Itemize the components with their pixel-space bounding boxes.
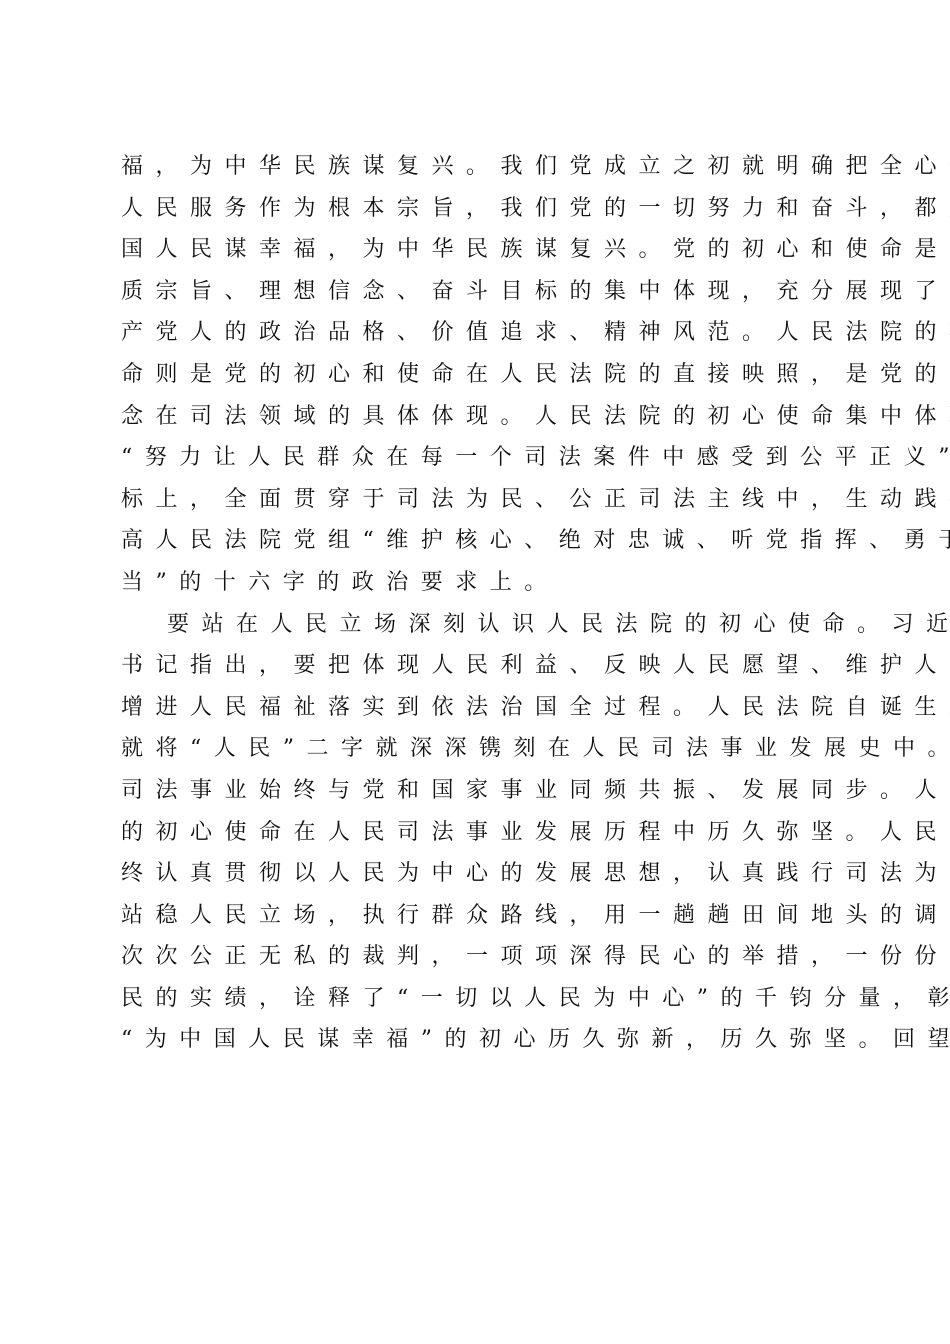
text-line: 司法事业始终与党和国家事业同频共振、发展同步。人民法院 (121, 770, 829, 812)
text-line: 终认真贯彻以人民为中心的发展思想，认真践行司法为民宗旨， (121, 853, 829, 895)
text-line: 产党人的政治品格、价值追求、精神风范。人民法院的初心使 (121, 312, 829, 354)
text-line: 人民服务作为根本宗旨，我们党的一切努力和奋斗，都是为中 (121, 188, 829, 230)
text-line: 站稳人民立场，执行群众路线，用一趟趟田间地头的调查，一 (121, 895, 829, 937)
text-line: 要站在人民立场深刻认识人民法院的初心使命。习近平总 (121, 604, 829, 646)
text-line: 标上，全面贯穿于司法为民、公正司法主线中，生动践行于最 (121, 479, 829, 521)
text-line: 质宗旨、理想信念、奋斗目标的集中体现，充分展现了中国共 (121, 271, 829, 313)
text-line: 民的实绩，诠释了“一切以人民为中心”的千钧分量，彰显了 (121, 978, 829, 1020)
text-line: 福，为中华民族谋复兴。我们党成立之初就明确把全心全意为 (121, 146, 829, 188)
text-line: 就将“人民”二字就深深镌刻在人民司法事业发展史中。人民 (121, 728, 829, 770)
text-line: 高人民法院党组“维护核心、绝对忠诚、听党指挥、勇于担 (121, 520, 829, 562)
text-line: 的初心使命在人民司法事业发展历程中历久弥坚。人民法院始 (121, 812, 829, 854)
text-line: 国人民谋幸福，为中华民族谋复兴。党的初心和使命是党的性 (121, 229, 829, 271)
document-page: 福，为中华民族谋复兴。我们党成立之初就明确把全心全意为 人民服务作为根本宗旨，我… (0, 0, 950, 1344)
text-line: “为中国人民谋幸福”的初心历久弥新，历久弥坚。回望新中 (121, 1019, 829, 1061)
paragraph-2: 要站在人民立场深刻认识人民法院的初心使命。习近平总 书记指出，要把体现人民利益、… (121, 604, 841, 1062)
text-line: 当”的十六字的政治要求上。 (121, 562, 829, 604)
text-line: 命则是党的初心和使命在人民法院的直接映照，是党的宗旨理 (121, 354, 829, 396)
text-line: 书记指出，要把体现人民利益、反映人民愿望、维护人民权益、 (121, 645, 829, 687)
text-line: 念在司法领域的具体体现。人民法院的初心使命集中体现在 (121, 396, 829, 438)
text-line: 次次公正无私的裁判，一项项深得民心的举措，一份份改革利 (121, 936, 829, 978)
paragraph-1: 福，为中华民族谋复兴。我们党成立之初就明确把全心全意为 人民服务作为根本宗旨，我… (121, 146, 841, 604)
body-text: 福，为中华民族谋复兴。我们党成立之初就明确把全心全意为 人民服务作为根本宗旨，我… (121, 146, 841, 1061)
text-line: 增进人民福祉落实到依法治国全过程。人民法院自诞生之日起， (121, 687, 829, 729)
text-line: “努力让人民群众在每一个司法案件中感受到公平正义”的目 (121, 437, 829, 479)
